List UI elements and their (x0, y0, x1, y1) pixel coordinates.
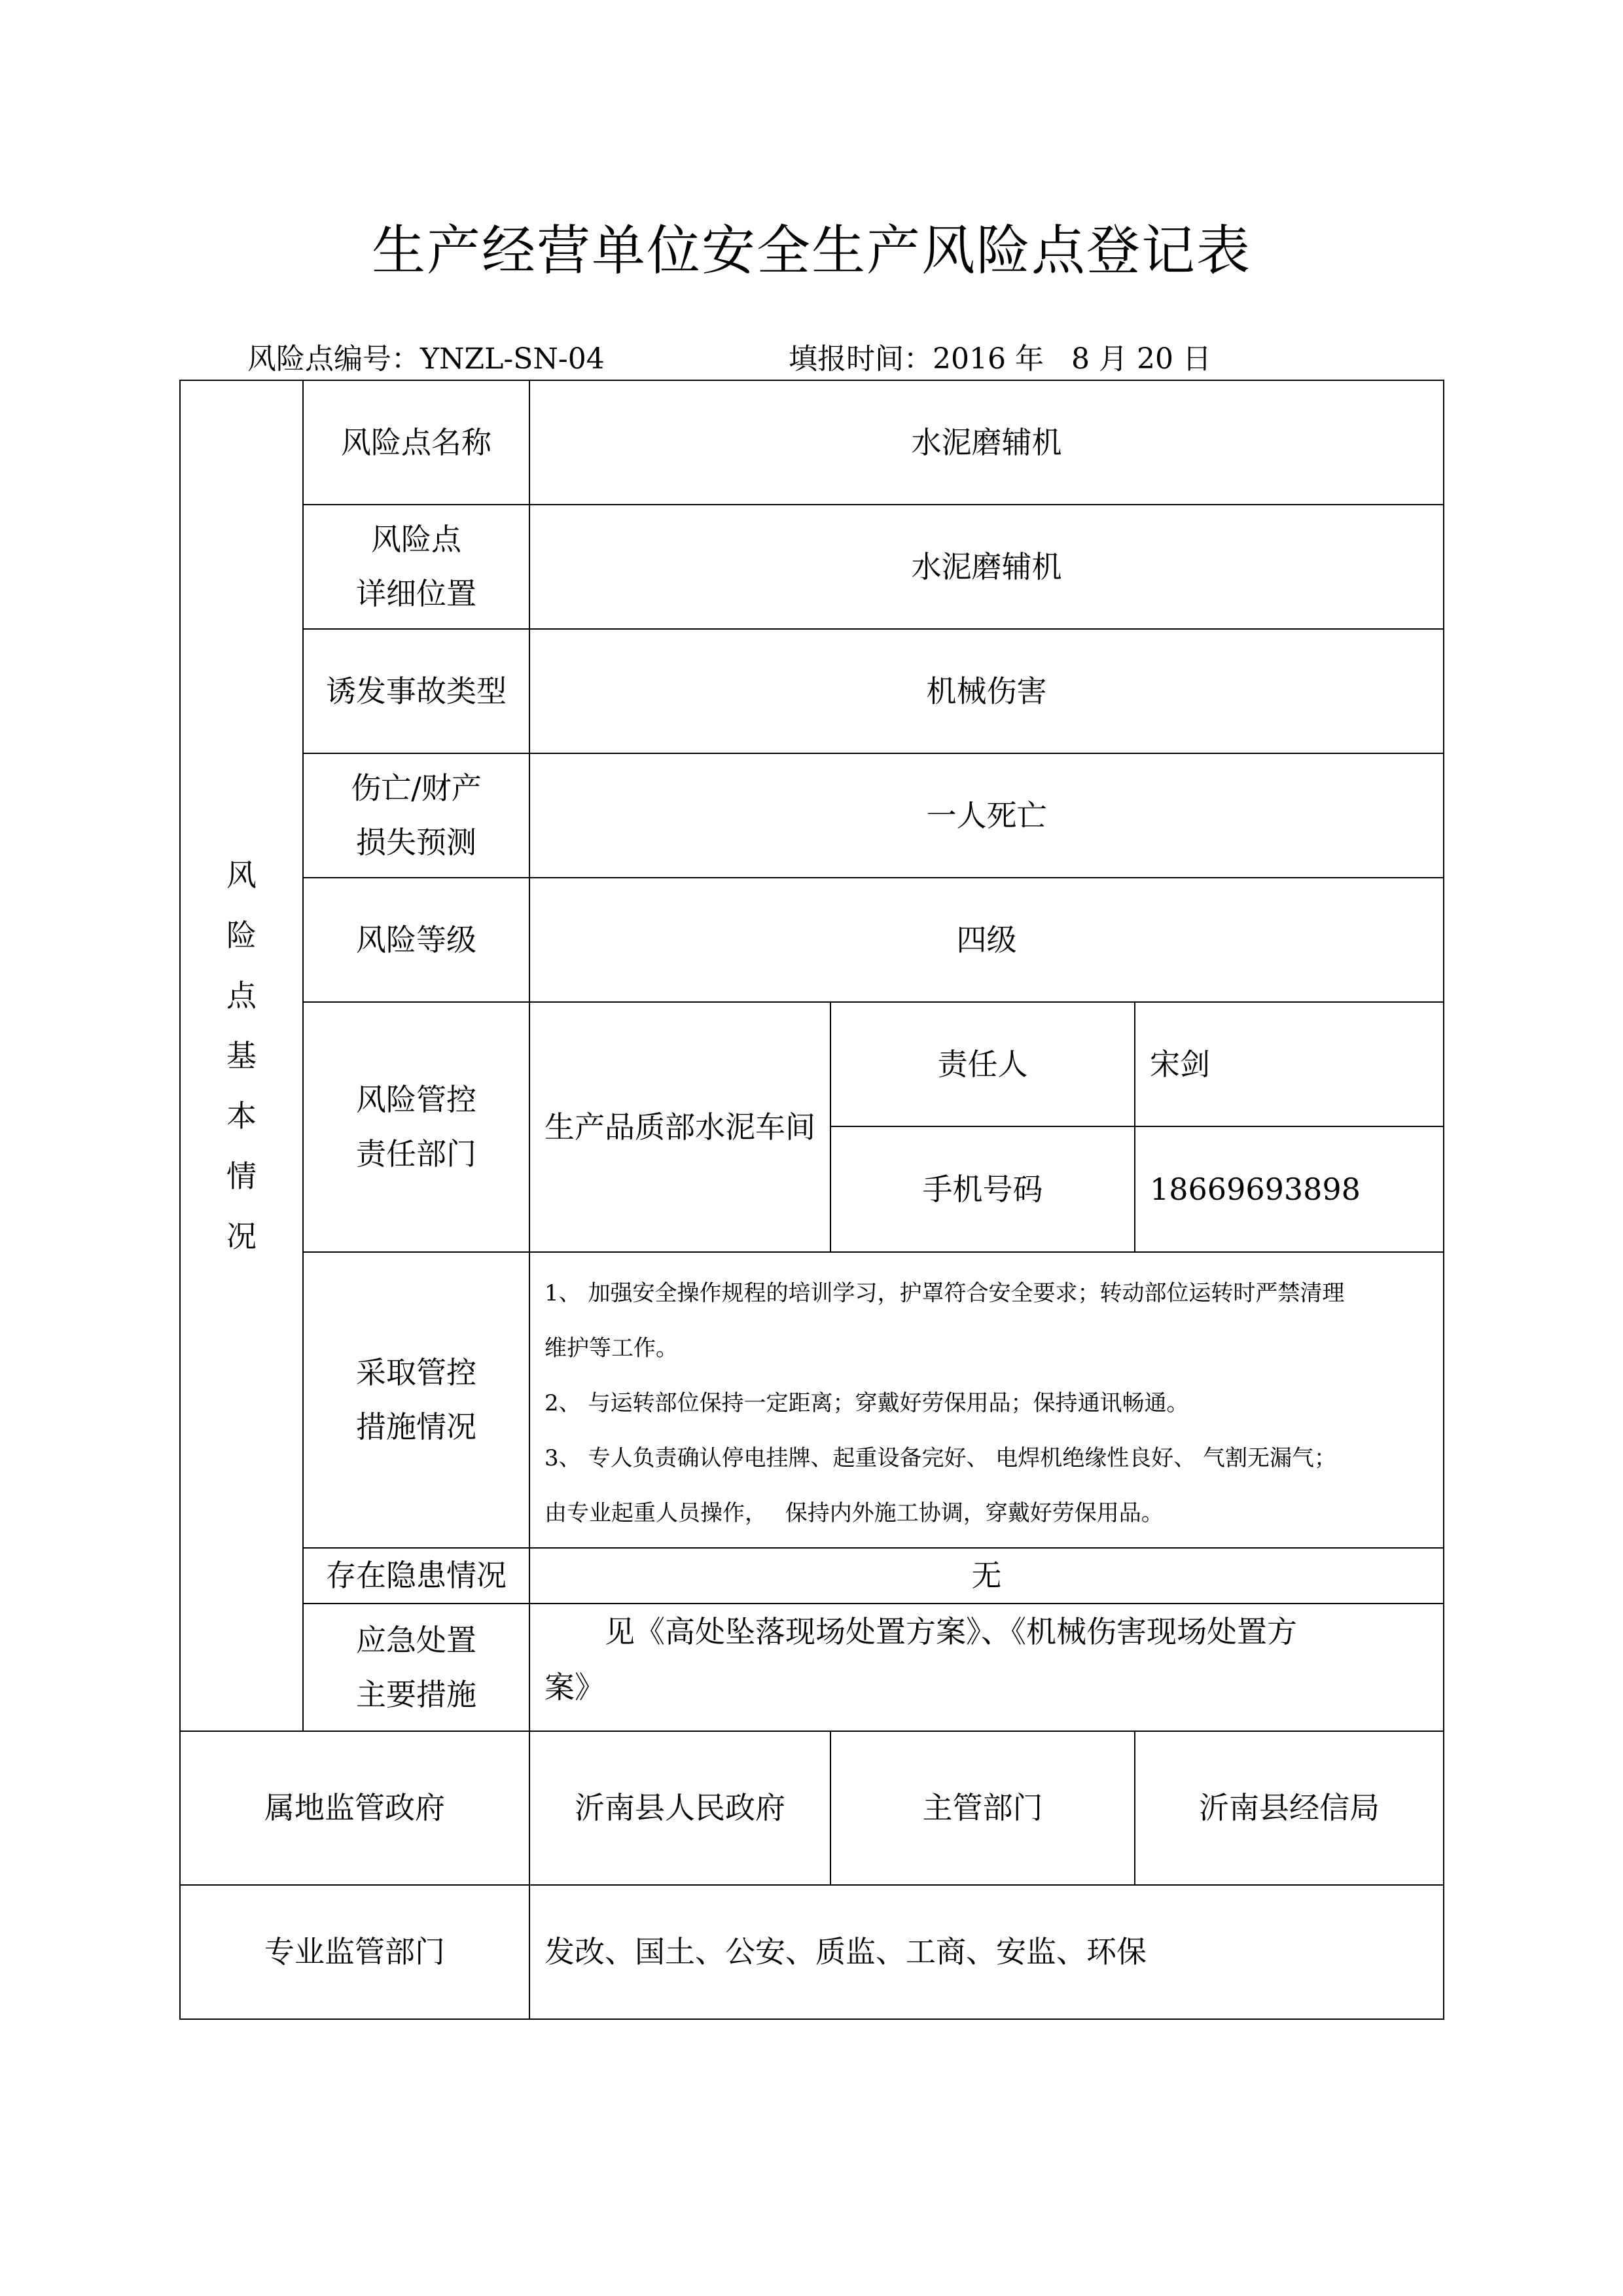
row-specialized-oversight: 专业监管部门 发改、国土、公安、质监、工商、安监、环保 (180, 1885, 1444, 2019)
row-hazards: 存在隐患情况 无 (180, 1548, 1444, 1604)
row-control-dept-person: 风险管控 责任部门 生产品质部水泥车间 责任人 宋剑 (180, 1002, 1444, 1126)
emergency-label-line1: 应急处置 (304, 1613, 529, 1668)
competent-dept-label: 主管部门 (830, 1731, 1135, 1885)
specialized-label: 专业监管部门 (180, 1885, 529, 2019)
row-risk-level: 风险等级 四级 (180, 878, 1444, 1002)
loss-forecast-value: 一人死亡 (529, 753, 1444, 878)
phone-value: 18669693898 (1135, 1126, 1444, 1252)
risk-level-label: 风险等级 (303, 878, 529, 1002)
date-year: 2016 (933, 342, 1006, 376)
emergency-label: 应急处置 主要措施 (303, 1604, 529, 1731)
year-unit: 年 (1015, 342, 1044, 376)
local-gov-label: 属地监管政府 (180, 1731, 529, 1885)
specialized-value: 发改、国土、公安、质监、工商、安监、环保 (529, 1885, 1444, 2019)
date-month: 8 (1071, 342, 1090, 376)
section-char: 况 (181, 1206, 302, 1266)
emergency-line: 见《高处坠落现场处置方案》、《机械伤害现场处置方 (544, 1604, 1430, 1660)
risk-level-value: 四级 (529, 878, 1444, 1002)
measure-line: 由专业起重人员操作， 保持内外施工协调，穿戴好劳保用品。 (544, 1486, 1430, 1541)
row-loss-forecast: 伤亡/财产 损失预测 一人死亡 (180, 753, 1444, 878)
section-char: 风 (181, 845, 302, 905)
emergency-value: 见《高处坠落现场处置方案》、《机械伤害现场处置方 案》 (529, 1604, 1444, 1731)
row-location: 风险点 详细位置 水泥磨辅机 (180, 505, 1444, 629)
location-value: 水泥磨辅机 (529, 505, 1444, 629)
section-label-basic-info: 风 险 点 基 本 情 况 (180, 380, 303, 1731)
row-risk-name: 风 险 点 基 本 情 况 风险点名称 水泥磨辅机 (180, 380, 1444, 505)
risk-name-value: 水泥磨辅机 (529, 380, 1444, 505)
local-gov-value: 沂南县人民政府 (529, 1731, 830, 1885)
measure-line: 维护等工作。 (544, 1321, 1430, 1376)
person-value: 宋剑 (1135, 1002, 1444, 1126)
control-dept-label-line1: 风险管控 (304, 1073, 529, 1127)
date-day: 20 (1137, 342, 1173, 376)
measure-line: 3、 专人负责确认停电挂牌、起重设备完好、 电焊机绝缘性良好、 气割无漏气； (544, 1431, 1430, 1486)
section-char: 情 (181, 1146, 302, 1206)
loss-forecast-label: 伤亡/财产 损失预测 (303, 753, 529, 878)
phone-label: 手机号码 (830, 1126, 1135, 1252)
location-label-line2: 详细位置 (304, 567, 529, 621)
section-char: 基 (181, 1026, 302, 1086)
measures-label: 采取管控 措施情况 (303, 1252, 529, 1548)
emergency-label-line2: 主要措施 (304, 1668, 529, 1722)
competent-dept-value: 沂南县经信局 (1135, 1731, 1444, 1885)
location-label: 风险点 详细位置 (303, 505, 529, 629)
section-char: 点 (181, 965, 302, 1026)
row-accident-type: 诱发事故类型 机械伤害 (180, 629, 1444, 753)
fill-date: 填报时间：2016 年 8 月 20 日 (789, 335, 1211, 377)
date-label: 填报时间： (789, 342, 933, 376)
day-unit: 日 (1183, 342, 1211, 376)
risk-code-label: 风险点编号： (247, 342, 420, 376)
control-dept-label: 风险管控 责任部门 (303, 1002, 529, 1252)
row-local-oversight: 属地监管政府 沂南县人民政府 主管部门 沂南县经信局 (180, 1731, 1444, 1885)
page-title: 生产经营单位安全生产风险点登记表 (0, 208, 1623, 285)
control-dept-value: 生产品质部水泥车间 (529, 1002, 830, 1252)
hazards-value: 无 (529, 1548, 1444, 1604)
emergency-line: 案》 (544, 1660, 1430, 1715)
month-unit: 月 (1099, 342, 1128, 376)
control-dept-label-line2: 责任部门 (304, 1127, 529, 1181)
person-label: 责任人 (830, 1002, 1135, 1126)
accident-type-label: 诱发事故类型 (303, 629, 529, 753)
measures-label-line2: 措施情况 (304, 1400, 529, 1454)
measures-value: 1、 加强安全操作规程的培训学习，护罩符合安全要求；转动部位运转时严禁清理 维护… (529, 1252, 1444, 1548)
accident-type-value: 机械伤害 (529, 629, 1444, 753)
risk-name-label: 风险点名称 (303, 380, 529, 505)
loss-forecast-label-line2: 损失预测 (304, 816, 529, 870)
measure-line: 2、 与运转部位保持一定距离；穿戴好劳保用品；保持通讯畅通。 (544, 1376, 1430, 1431)
loss-forecast-label-line1: 伤亡/财产 (304, 761, 529, 816)
measure-line: 1、 加强安全操作规程的培训学习，护罩符合安全要求；转动部位运转时严禁清理 (544, 1266, 1430, 1321)
section-char: 险 (181, 905, 302, 965)
row-measures: 采取管控 措施情况 1、 加强安全操作规程的培训学习，护罩符合安全要求；转动部位… (180, 1252, 1444, 1548)
risk-register-table: 风 险 点 基 本 情 况 风险点名称 水泥磨辅机 风险点 详细位置 水泥磨辅机… (179, 380, 1444, 2020)
risk-code-value: YNZL-SN-04 (420, 342, 605, 376)
section-char: 本 (181, 1086, 302, 1146)
location-label-line1: 风险点 (304, 512, 529, 567)
risk-code: 风险点编号：YNZL-SN-04 (247, 335, 605, 377)
hazards-label: 存在隐患情况 (303, 1548, 529, 1604)
measures-label-line1: 采取管控 (304, 1346, 529, 1400)
row-emergency: 应急处置 主要措施 见《高处坠落现场处置方案》、《机械伤害现场处置方 案》 (180, 1604, 1444, 1731)
